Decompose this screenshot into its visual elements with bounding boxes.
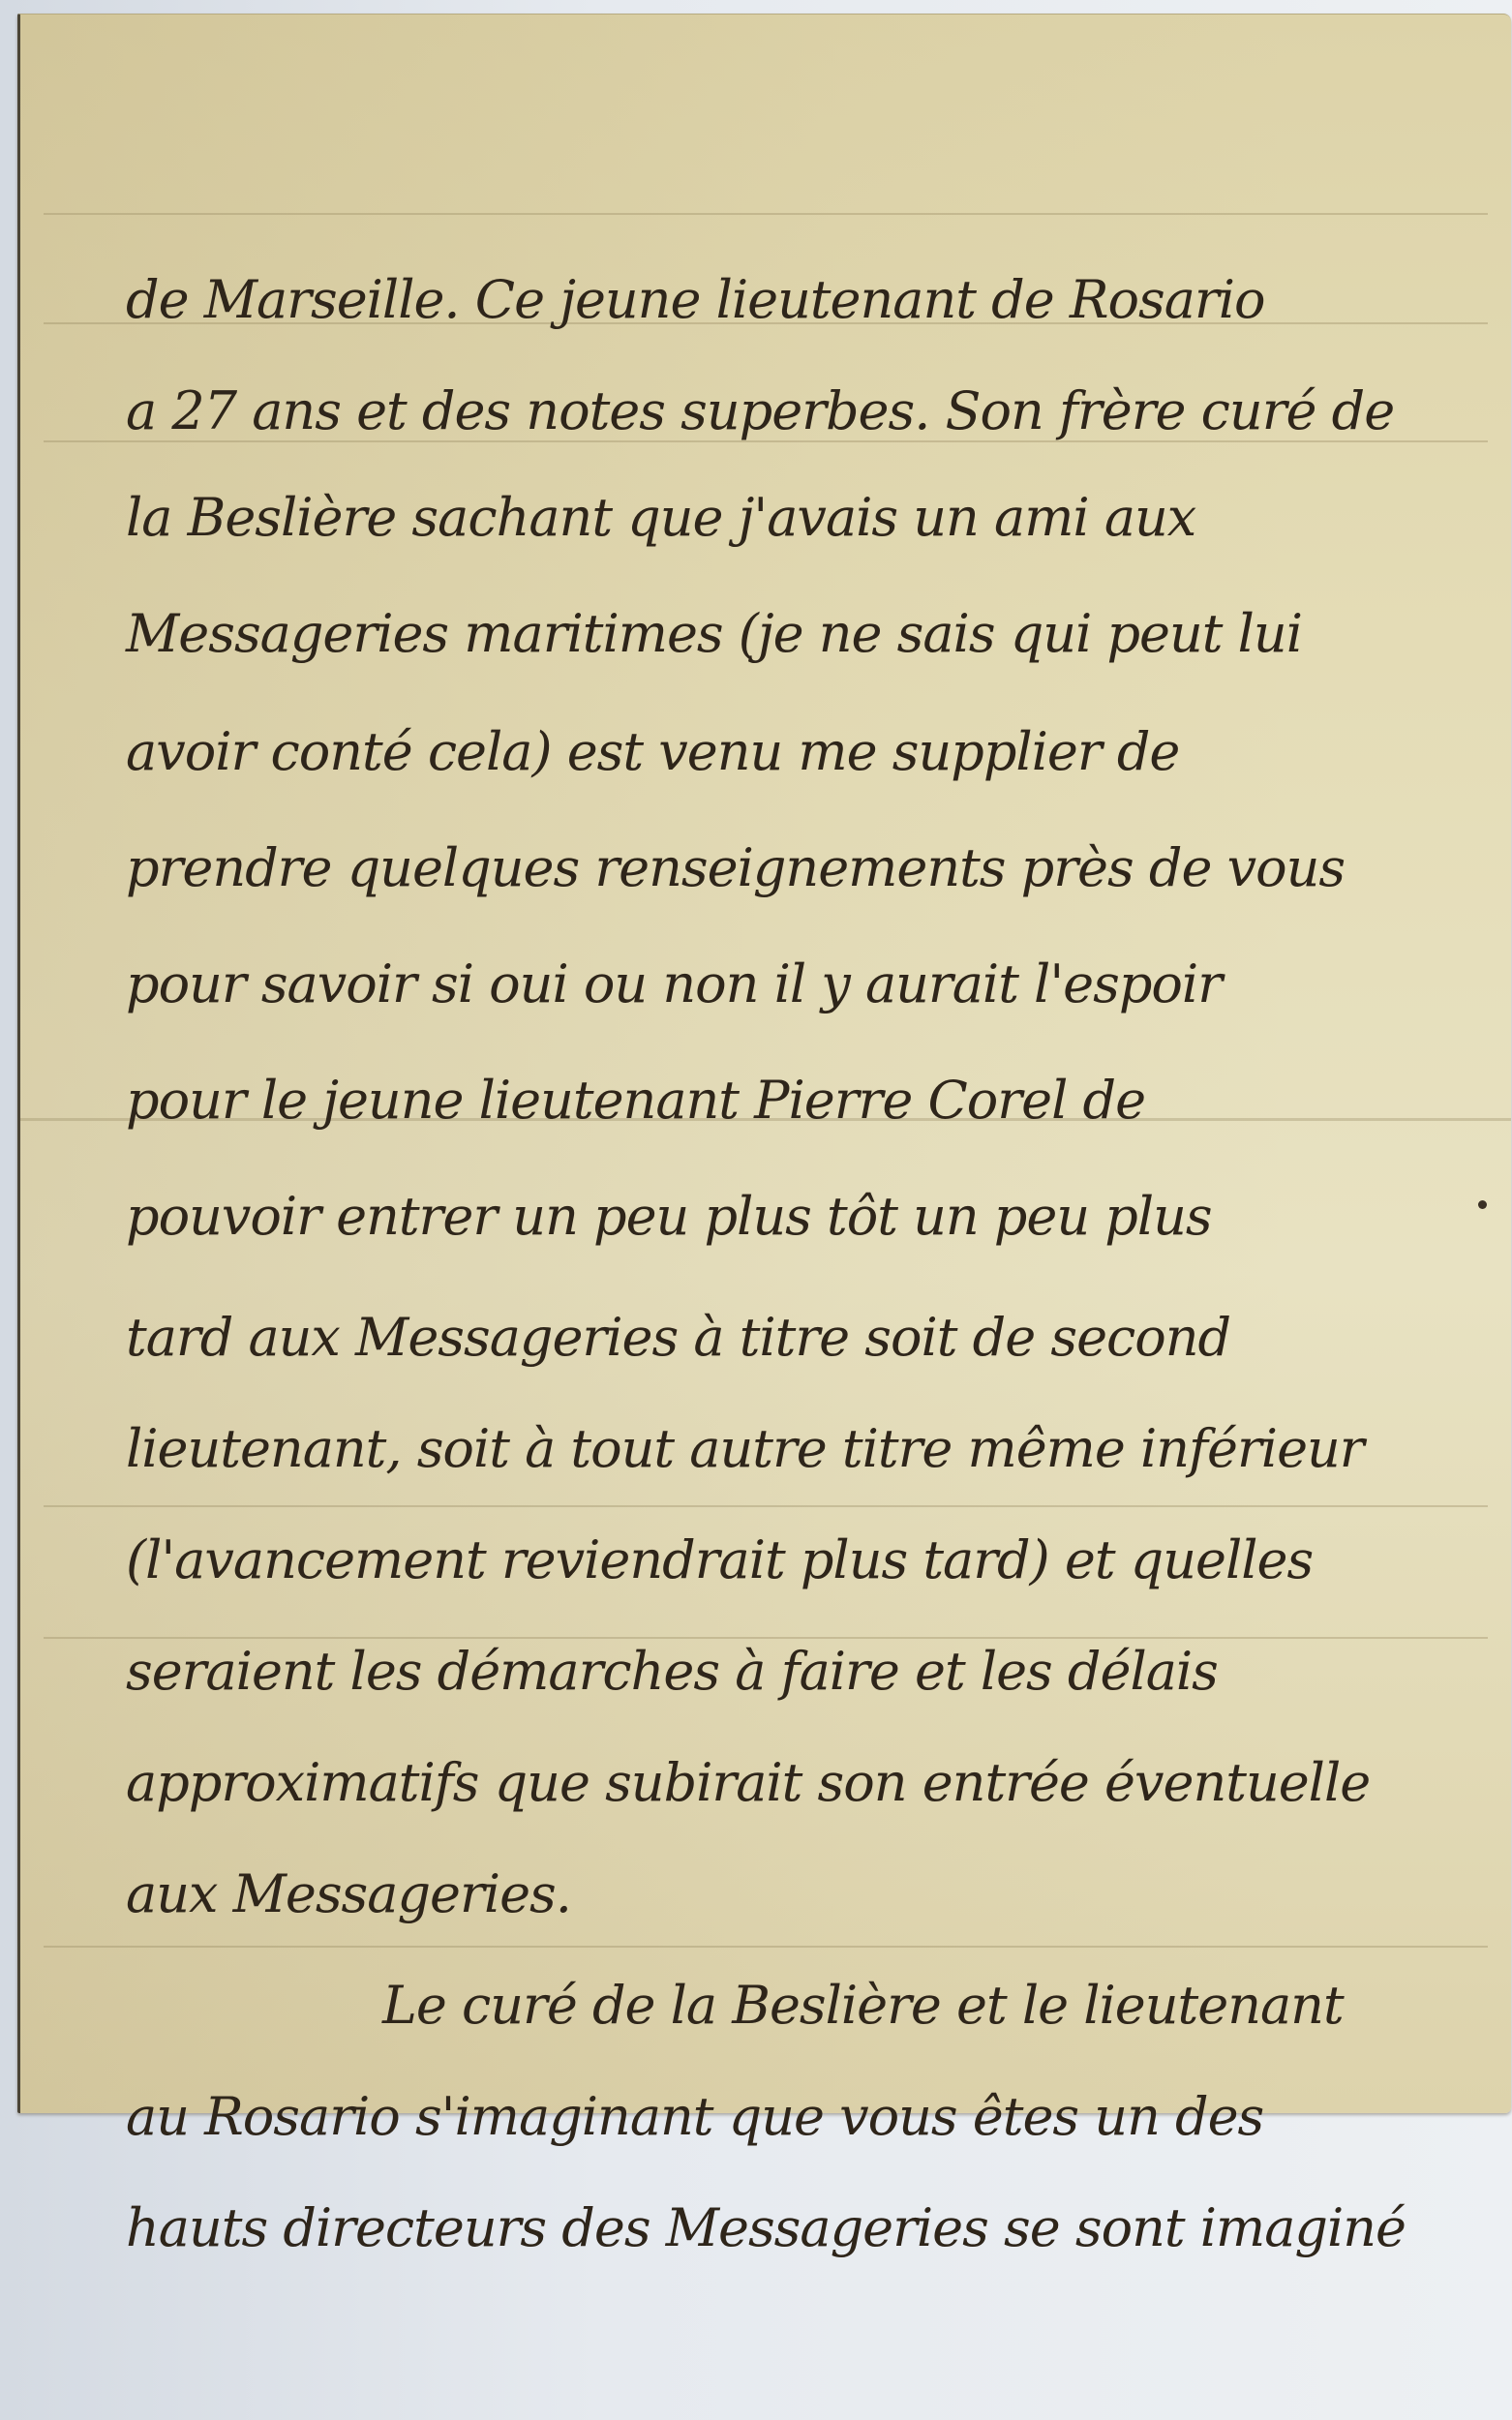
text-line: aux Messageries. <box>126 1863 571 1924</box>
text-line: pour le jeune lieutenant Pierre Corel de <box>126 1070 1145 1131</box>
text-line: avoir conté cela) est venu me supplier d… <box>126 721 1179 782</box>
text-line: a 27 ans et des notes superbes. Son frèr… <box>126 380 1394 441</box>
text-line: au Rosario s'imaginant que vous êtes un … <box>126 2086 1263 2147</box>
text-line: hauts directeurs des Messageries se sont… <box>126 2197 1406 2258</box>
text-line: pouvoir entrer un peu plus tôt un peu pl… <box>126 1186 1212 1247</box>
text-line: lieutenant, soit à tout autre titre même… <box>126 1418 1364 1479</box>
text-line: pour savoir si oui ou non il y aurait l'… <box>126 953 1222 1014</box>
text-line: Messageries maritimes (je ne sais qui pe… <box>126 603 1302 664</box>
ink-spot <box>1478 1200 1487 1209</box>
text-line: approximatifs que subirait son entrée év… <box>126 1752 1370 1813</box>
text-line: la Beslière sachant que j'avais un ami a… <box>126 487 1195 548</box>
text-line: (l'avancement reviendrait plus tard) et … <box>126 1529 1313 1590</box>
handwritten-text: de Marseille. Ce jeune lieutenant de Ros… <box>0 0 1512 2420</box>
text-line: tard aux Messageries à titre soit de sec… <box>126 1307 1230 1368</box>
text-line: seraient les démarches à faire et les dé… <box>126 1641 1218 1702</box>
text-line: Le curé de la Beslière et le lieutenant <box>382 1975 1344 2036</box>
text-line: de Marseille. Ce jeune lieutenant de Ros… <box>126 269 1264 330</box>
text-line: prendre quelques renseignements près de … <box>126 837 1345 898</box>
